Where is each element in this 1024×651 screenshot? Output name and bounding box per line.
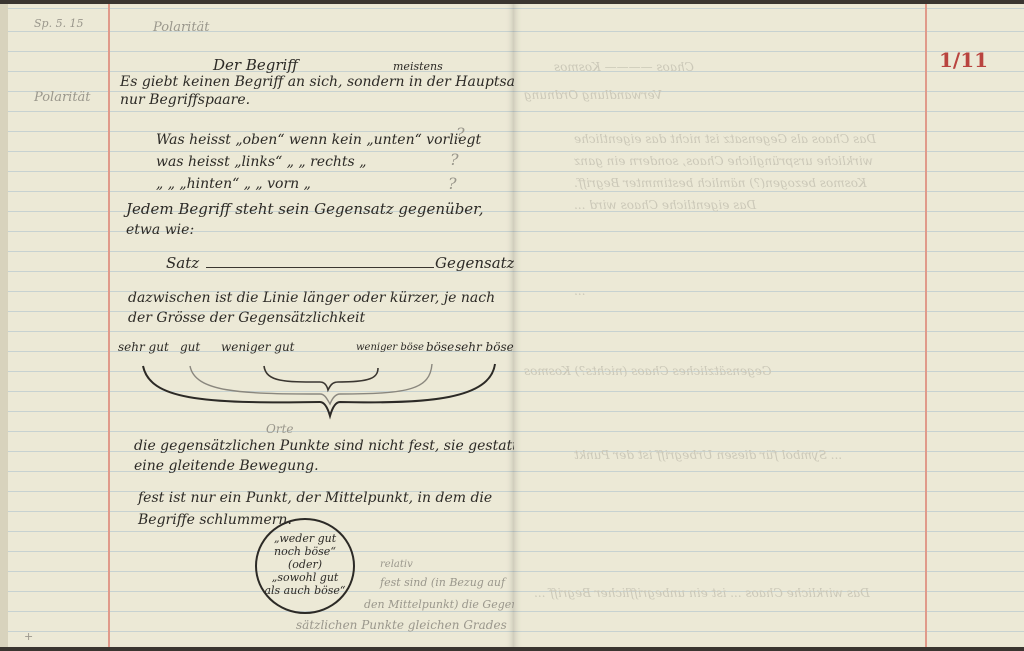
bleed-line-5: Kosmos bezogen(?) nämlich bestimmter Beg… <box>574 176 867 190</box>
pencil-footnote-1: fest sind (in Bezug auf <box>380 576 505 589</box>
circle-line-1: „weder gut <box>257 532 353 545</box>
circle-line-2: noch böse“ <box>257 545 353 558</box>
right-page: 1/11 Chaos ———— Kosmos Verwandlung Ordnu… <box>514 4 1024 647</box>
bleed-line-3: Das Chaos als Gegensatz ist nicht das ei… <box>574 132 876 146</box>
bleed-line-9: ... Symbol für diesen Urbegriff ist der … <box>574 448 842 462</box>
corner-mark: + <box>24 630 33 643</box>
bleed-line-7: ... <box>574 284 585 298</box>
bleed-line-6: Das eigentliche Chaos wird ... <box>574 198 756 212</box>
pencil-insert-orte: Orte <box>266 422 294 436</box>
circled-note: „weder gut noch böse“ (oder) „sowohl gut… <box>255 518 355 614</box>
pencil-insert-relativ: relativ <box>380 559 413 570</box>
text-line-12: eine gleitende Bewegung. <box>134 458 319 474</box>
left-page: Sp. 5. 15 Polarität Polarität Der Begrif… <box>0 4 514 647</box>
pencil-footnote-2: den Mittelpunkt) die Gegen- <box>364 598 514 611</box>
text-line-11: die gegensätzlichen Punkte sind nicht fe… <box>134 438 514 454</box>
notebook-spread: Sp. 5. 15 Polarität Polarität Der Begrif… <box>0 4 1024 647</box>
bleed-line-2: Verwandlung Ordnung <box>524 88 662 102</box>
bleed-line-4: wirkliche ursprüngliche Chaos, sondern e… <box>574 154 873 168</box>
bleed-line-8: Gegensätzliches Chaos (nichts?) Kosmos <box>524 364 772 378</box>
text-line-13: fest ist nur ein Punkt, der Mittelpunkt,… <box>138 490 492 506</box>
right-margin-rule <box>925 4 927 647</box>
circle-line-3: (oder) <box>257 558 353 571</box>
circle-line-5: als auch böse“ <box>257 584 353 597</box>
bleed-line-10: Das wirkliche Chaos ... ist ein unbegrif… <box>534 586 870 600</box>
circle-line-4: „sowohl gut <box>257 571 353 584</box>
bleed-line-1: Chaos ———— Kosmos <box>554 60 694 74</box>
page-number: 1/11 <box>939 48 988 72</box>
pencil-footnote-3: sätzlichen Punkte gleichen Grades <box>296 618 507 632</box>
